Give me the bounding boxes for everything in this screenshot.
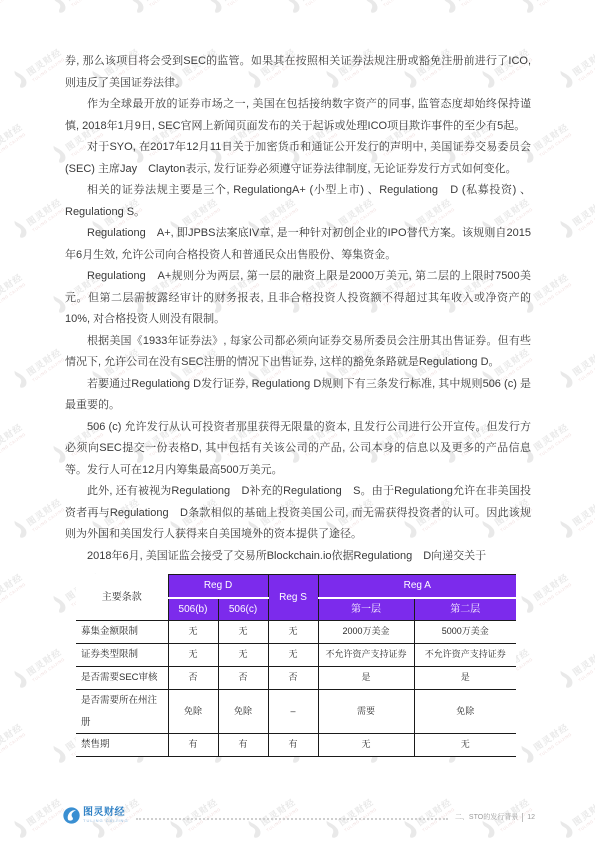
table-cell: 否	[218, 667, 268, 690]
flame-watermark-icon	[554, 367, 578, 393]
paragraph: Regulationg A+, 即JPBS法案底IV章, 是一种针对初创企业的I…	[65, 223, 531, 266]
table-cell: 无	[268, 621, 318, 644]
watermark: 图灵财经TULING CAIJING	[554, 193, 595, 243]
table-cell: 无	[318, 734, 414, 757]
watermark-text: 图灵财经	[0, 120, 25, 154]
watermark-subtext: TULING CAIJING	[0, 431, 28, 458]
watermark-subtext: TULING CAIJING	[538, 131, 574, 158]
table-cell: 5000万美金	[414, 621, 516, 644]
page-body-text: 券, 那么该项目将会受到SEC的监管。如果其在按照相关证券法规注册或豁免注册前进…	[65, 51, 531, 757]
table-cell: 不允许资产支持证券	[414, 644, 516, 667]
flame-watermark-icon	[8, 367, 32, 393]
watermark-subtext: TULING CAIJING	[538, 581, 574, 608]
flame-watermark-icon	[8, 217, 32, 243]
paragraph: 2018年6月, 美国证监会接受了交易所Blockchain.io依据Regul…	[65, 546, 531, 568]
watermark: 图灵财经TULING CAIJING	[554, 43, 595, 93]
watermark-text: 图灵财经	[570, 795, 595, 829]
table-cell: 需要	[318, 690, 414, 734]
table-cell: 无	[218, 621, 268, 644]
watermark-text: 图灵财经	[219, 0, 259, 4]
flame-watermark-icon	[554, 217, 578, 243]
flame-watermark-icon	[47, 0, 71, 17]
paragraph: 相关的证券法规主要是三个, RegulationgA+ (小型上市) 、Regu…	[65, 180, 531, 223]
watermark-subtext: TULING CAIJING	[0, 131, 28, 158]
flame-watermark-icon	[437, 0, 461, 17]
paragraph: 作为全球最开放的证券市场之一, 美国在包括接纳数字资产的同事, 监管态度却始终保…	[65, 94, 531, 137]
paragraph: 根据美国《1933年证券法》, 每家公司都必须向证券交易所委员会注册其出售证券。…	[65, 331, 531, 374]
table-row-label: 募集金额限制	[76, 621, 168, 644]
watermark-text: 图灵财经	[570, 195, 595, 229]
watermark-text: 图灵财经	[531, 120, 571, 154]
watermark: 图灵财经TULING CAIJING	[554, 793, 595, 842]
watermark: 图灵财经TULING CAIJING	[47, 0, 106, 17]
table-row: 禁售期有有有无无	[76, 734, 516, 757]
watermark: 图灵财经TULING CAIJING	[8, 493, 67, 543]
table-header-reg-s: Reg S	[268, 575, 318, 621]
flame-watermark-icon	[8, 517, 32, 543]
tuling-caijing-logo-icon	[63, 807, 80, 824]
table-cell: 无	[414, 734, 516, 757]
table-row: 募集金额限制无无无2000万美金5000万美金	[76, 621, 516, 644]
flame-watermark-icon	[359, 0, 383, 17]
footer-logo: 图灵财经 TULING CAIJING	[63, 807, 129, 824]
table-header-tier2: 第二层	[414, 598, 516, 621]
table-cell: 不允许资产支持证券	[318, 644, 414, 667]
footer-dotted-leader	[136, 818, 448, 820]
watermark: 图灵财经TULING CAIJING	[437, 0, 496, 17]
watermark-subtext: TULING CAIJING	[31, 656, 67, 683]
paragraph-container: 券, 那么该项目将会受到SEC的监管。如果其在按照相关证券法规注册或豁免注册前进…	[65, 51, 531, 567]
watermark-text: 图灵财经	[570, 645, 595, 679]
regulation-comparison-table: 主要条款 Reg D Reg S Reg A 506(b) 506(c) 第一层…	[76, 574, 516, 757]
watermark-subtext: TULING CAIJING	[577, 56, 595, 83]
flame-watermark-icon	[281, 0, 305, 17]
watermark-subtext: TULING CAIJING	[577, 656, 595, 683]
table-header-reg-a: Reg A	[318, 575, 516, 598]
table-row-label: 禁售期	[76, 734, 168, 757]
watermark: 图灵财经TULING CAIJING	[0, 118, 28, 168]
watermark-text: 图灵财经	[24, 45, 64, 79]
footer-logo-text: 图灵财经	[83, 808, 129, 818]
watermark-text: 图灵财经	[570, 345, 595, 379]
watermark-text: 图灵财经	[570, 495, 595, 529]
table-row-label: 证券类型限制	[76, 644, 168, 667]
table-header-506b: 506(b)	[168, 598, 218, 621]
watermark-subtext: TULING CAIJING	[577, 206, 595, 233]
watermark-text: 图灵财经	[531, 720, 571, 754]
watermark-text: 图灵财经	[0, 720, 25, 754]
watermark: 图灵财经TULING CAIJING	[359, 0, 418, 17]
footer-logo-subtext: TULING CAIJING	[83, 819, 129, 823]
flame-watermark-icon	[8, 817, 32, 842]
table-cell: 有	[168, 734, 218, 757]
table-cell: 否	[268, 667, 318, 690]
watermark-text: 图灵财经	[531, 570, 571, 604]
watermark: 图灵财经TULING CAIJING	[0, 568, 28, 618]
watermark-subtext: TULING CAIJING	[0, 581, 28, 608]
watermark: 图灵财经TULING CAIJING	[281, 0, 340, 17]
watermark-subtext: TULING CAIJING	[538, 281, 574, 308]
watermark-subtext: TULING CAIJING	[538, 731, 574, 758]
table-cell: 无	[218, 644, 268, 667]
watermark-subtext: TULING CAIJING	[460, 0, 496, 8]
watermark-text: 图灵财经	[531, 420, 571, 454]
table-row: 证券类型限制无无无不允许资产支持证券不允许资产支持证券	[76, 644, 516, 667]
watermark-text: 图灵财经	[453, 0, 493, 4]
watermark-subtext: TULING CAIJING	[31, 356, 67, 383]
watermark-text: 图灵财经	[531, 0, 571, 4]
table-cell: 否	[168, 667, 218, 690]
paragraph: 此外, 还有被视为Regulationg D补充的Regulationg S。由…	[65, 481, 531, 546]
watermark-text: 图灵财经	[375, 0, 415, 4]
watermark-subtext: TULING CAIJING	[0, 281, 28, 308]
flame-watermark-icon	[554, 667, 578, 693]
watermark-text: 图灵财经	[24, 645, 64, 679]
watermark: 图灵财经TULING CAIJING	[0, 418, 28, 468]
watermark: 图灵财经TULING CAIJING	[554, 343, 595, 393]
paragraph: 对于SYO, 在2017年12月11日关于加密货币和通证公开发行的声明中, 美国…	[65, 137, 531, 180]
flame-watermark-icon	[554, 67, 578, 93]
watermark-subtext: TULING CAIJING	[577, 506, 595, 533]
flame-watermark-icon	[203, 0, 227, 17]
watermark-text: 图灵财经	[297, 0, 337, 4]
footer-page-number: 12	[527, 814, 535, 821]
watermark-subtext: TULING CAIJING	[148, 0, 184, 8]
paragraph: 若要通过Regulationg D发行证券, Regulationg D规则下有…	[65, 374, 531, 417]
watermark-subtext: TULING CAIJING	[538, 0, 574, 8]
table-header-main-terms: 主要条款	[76, 575, 168, 621]
watermark-subtext: TULING CAIJING	[382, 0, 418, 8]
flame-watermark-icon	[515, 0, 539, 17]
table-cell: 无	[268, 644, 318, 667]
flame-watermark-icon	[554, 817, 578, 842]
watermark-subtext: TULING CAIJING	[577, 806, 595, 833]
table-row: 是否需要SEC审核否否否是是	[76, 667, 516, 690]
table-cell: –	[268, 690, 318, 734]
footer-section-title: 二、STO的发行背景	[455, 812, 518, 822]
page-footer: 图灵财经 TULING CAIJING 二、STO的发行背景 12	[63, 807, 535, 824]
watermark: 图灵财经TULING CAIJING	[554, 643, 595, 693]
watermark-text: 图灵财经	[0, 420, 25, 454]
watermark-subtext: TULING CAIJING	[31, 206, 67, 233]
watermark-subtext: TULING CAIJING	[0, 0, 28, 8]
flame-watermark-icon	[8, 67, 32, 93]
watermark-text: 图灵财经	[24, 195, 64, 229]
watermark: 图灵财经TULING CAIJING	[125, 0, 184, 17]
watermark-text: 图灵财经	[141, 0, 181, 4]
watermark-subtext: TULING CAIJING	[577, 356, 595, 383]
table-cell: 无	[168, 644, 218, 667]
watermark-text: 图灵财经	[24, 795, 64, 829]
footer-separator	[522, 813, 523, 822]
watermark-subtext: TULING CAIJING	[0, 731, 28, 758]
watermark: 图灵财经TULING CAIJING	[203, 0, 262, 17]
table-cell: 免除	[414, 690, 516, 734]
watermark-text: 图灵财经	[0, 570, 25, 604]
flame-watermark-icon	[125, 0, 149, 17]
watermark-text: 图灵财经	[531, 270, 571, 304]
watermark-text: 图灵财经	[0, 270, 25, 304]
table-cell: 是	[318, 667, 414, 690]
watermark: 图灵财经TULING CAIJING	[0, 718, 28, 768]
table-row: 是否需要所在州注册免除免除–需要免除	[76, 690, 516, 734]
watermark-subtext: TULING CAIJING	[70, 0, 106, 8]
table-header-tier1: 第一层	[318, 598, 414, 621]
table-row-label: 是否需要所在州注册	[76, 690, 168, 734]
watermark: 图灵财经TULING CAIJING	[0, 0, 28, 17]
watermark: 图灵财经TULING CAIJING	[8, 343, 67, 393]
watermark-subtext: TULING CAIJING	[304, 0, 340, 8]
footer-section-info: 二、STO的发行背景 12	[455, 812, 535, 824]
flame-watermark-icon	[8, 667, 32, 693]
watermark: 图灵财经TULING CAIJING	[8, 643, 67, 693]
watermark-subtext: TULING CAIJING	[538, 431, 574, 458]
watermark: 图灵财经TULING CAIJING	[0, 268, 28, 318]
watermark-text: 图灵财经	[0, 0, 25, 4]
watermark-text: 图灵财经	[24, 345, 64, 379]
watermark: 图灵财经TULING CAIJING	[8, 43, 67, 93]
table-row-label: 是否需要SEC审核	[76, 667, 168, 690]
document-page: 图灵财经TULING CAIJING图灵财经TULING CAIJING图灵财经…	[0, 0, 595, 842]
watermark-subtext: TULING CAIJING	[31, 806, 67, 833]
table-cell: 免除	[218, 690, 268, 734]
table-header-reg-d: Reg D	[168, 575, 268, 598]
table-cell: 有	[268, 734, 318, 757]
watermark: 图灵财经TULING CAIJING	[515, 0, 574, 17]
table-cell: 无	[168, 621, 218, 644]
flame-watermark-icon	[554, 517, 578, 543]
table-header-506c: 506(c)	[218, 598, 268, 621]
table-cell: 是	[414, 667, 516, 690]
paragraph: Regulationg A+规则分为两层, 第一层的融资上限是2000万美元, …	[65, 266, 531, 331]
watermark-text: 图灵财经	[24, 495, 64, 529]
table-cell: 有	[218, 734, 268, 757]
watermark-subtext: TULING CAIJING	[31, 506, 67, 533]
watermark-text: 图灵财经	[570, 45, 595, 79]
watermark-subtext: TULING CAIJING	[31, 56, 67, 83]
table-cell: 免除	[168, 690, 218, 734]
watermark: 图灵财经TULING CAIJING	[554, 493, 595, 543]
watermark-text: 图灵财经	[63, 0, 103, 4]
paragraph: 506 (c) 允许发行从认可投资者那里获得无限量的资本, 且发行公司进行公开宣…	[65, 417, 531, 482]
watermark: 图灵财经TULING CAIJING	[8, 793, 67, 842]
table-cell: 2000万美金	[318, 621, 414, 644]
watermark-subtext: TULING CAIJING	[226, 0, 262, 8]
watermark: 图灵财经TULING CAIJING	[8, 193, 67, 243]
paragraph: 券, 那么该项目将会受到SEC的监管。如果其在按照相关证券法规注册或豁免注册前进…	[65, 51, 531, 94]
